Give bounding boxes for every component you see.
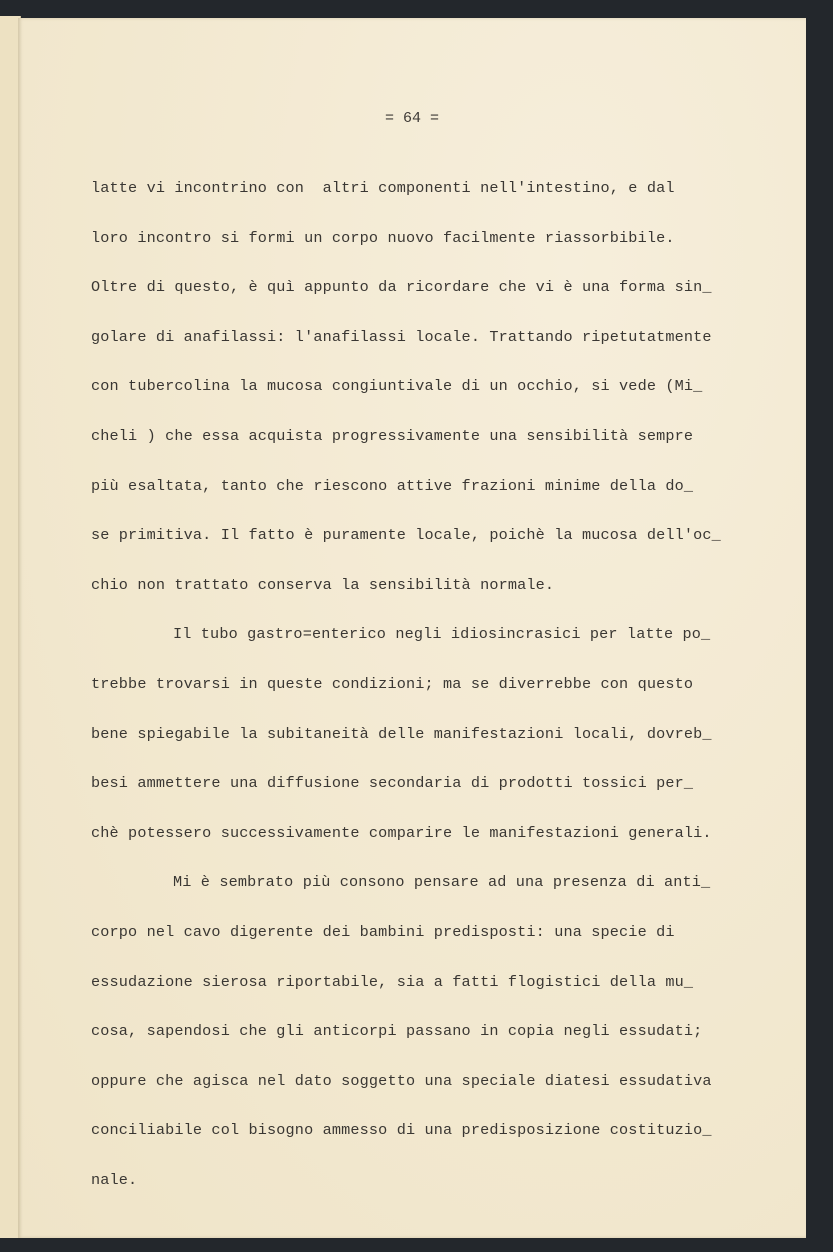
text-line: trebbe trovarsi in queste condizioni; ma… — [91, 660, 791, 710]
text-line: latte vi incontrino con altri componenti… — [91, 164, 791, 214]
text-line: essudazione sierosa riportabile, sia a f… — [91, 958, 791, 1008]
page-number: = 64 = — [18, 110, 806, 127]
text-line: cheli ) che essa acquista progressivamen… — [91, 412, 791, 462]
text-line: loro incontro si formi un corpo nuovo fa… — [91, 214, 791, 264]
text-line: Oltre di questo, è quì appunto da ricord… — [91, 263, 791, 313]
text-line: bene spiegabile la subitaneità delle man… — [91, 710, 791, 760]
text-line: conciliabile col bisogno ammesso di una … — [91, 1106, 791, 1156]
text-line: chè potessero successivamente comparire … — [91, 809, 791, 859]
text-line: corpo nel cavo digerente dei bambini pre… — [91, 908, 791, 958]
text-line: se primitiva. Il fatto è puramente local… — [91, 511, 791, 561]
text-line: più esaltata, tanto che riescono attive … — [91, 462, 791, 512]
text-line: besi ammettere una diffusione secondaria… — [91, 759, 791, 809]
text-line: cosa, sapendosi che gli anticorpi passan… — [91, 1007, 791, 1057]
text-line: nale. — [91, 1156, 791, 1206]
text-line: con tubercolina la mucosa congiuntivale … — [91, 362, 791, 412]
document-page: = 64 = latte vi incontrino con altri com… — [18, 18, 806, 1238]
text-line: chio non trattato conserva la sensibilit… — [91, 561, 791, 611]
text-line: golare di anafilassi: l'anafilassi local… — [91, 313, 791, 363]
typewritten-body: latte vi incontrino con altri componenti… — [91, 164, 791, 1205]
paragraph-start-line: Mi è sembrato più consono pensare ad una… — [91, 858, 791, 908]
paragraph-start-line: Il tubo gastro=enterico negli idiosincra… — [91, 610, 791, 660]
text-line: oppure che agisca nel dato soggetto una … — [91, 1057, 791, 1107]
